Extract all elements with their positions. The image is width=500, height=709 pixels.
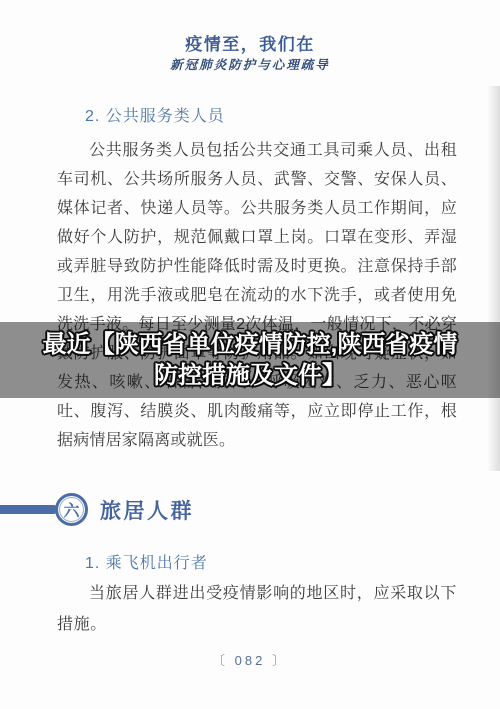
section-number-badge-label: 六 [63,498,79,521]
paragraph-air-travel: 当旅居人群进出受疫情影响的地区时，应采取以下措施。 [57,578,457,640]
subsection-heading-air-travel: 1. 乘飞机出行者 [85,550,208,573]
section-heading-public-service: 2. 公共服务类人员 [85,103,225,126]
page-header-title: 疫情至，我们在 [0,30,500,55]
section-accent-bar [0,505,58,514]
scan-edge-shadow [487,86,500,471]
page-header-subtitle: 新冠肺炎防护与心理疏导 [0,55,500,73]
page-number: 〔 082 〕 [0,650,500,669]
section-number-badge-icon: 六 [55,493,88,526]
paragraph-public-service: 公共服务类人员包括公共交通工具司乘人员、出租车司机、公共场所服务人员、武警、交警… [57,136,457,455]
book-page: 疫情至，我们在 新冠肺炎防护与心理疏导 2. 公共服务类人员 公共服务类人员包括… [0,0,500,709]
section-heading-travel: 旅居人群 [100,495,194,525]
watermark-overlay-band: 最近【陕西省单位疫情防控,陕西省疫情防控措施及文件】 [0,322,500,398]
watermark-text: 最近【陕西省单位疫情防控,陕西省疫情防控措施及文件】 [42,329,458,391]
